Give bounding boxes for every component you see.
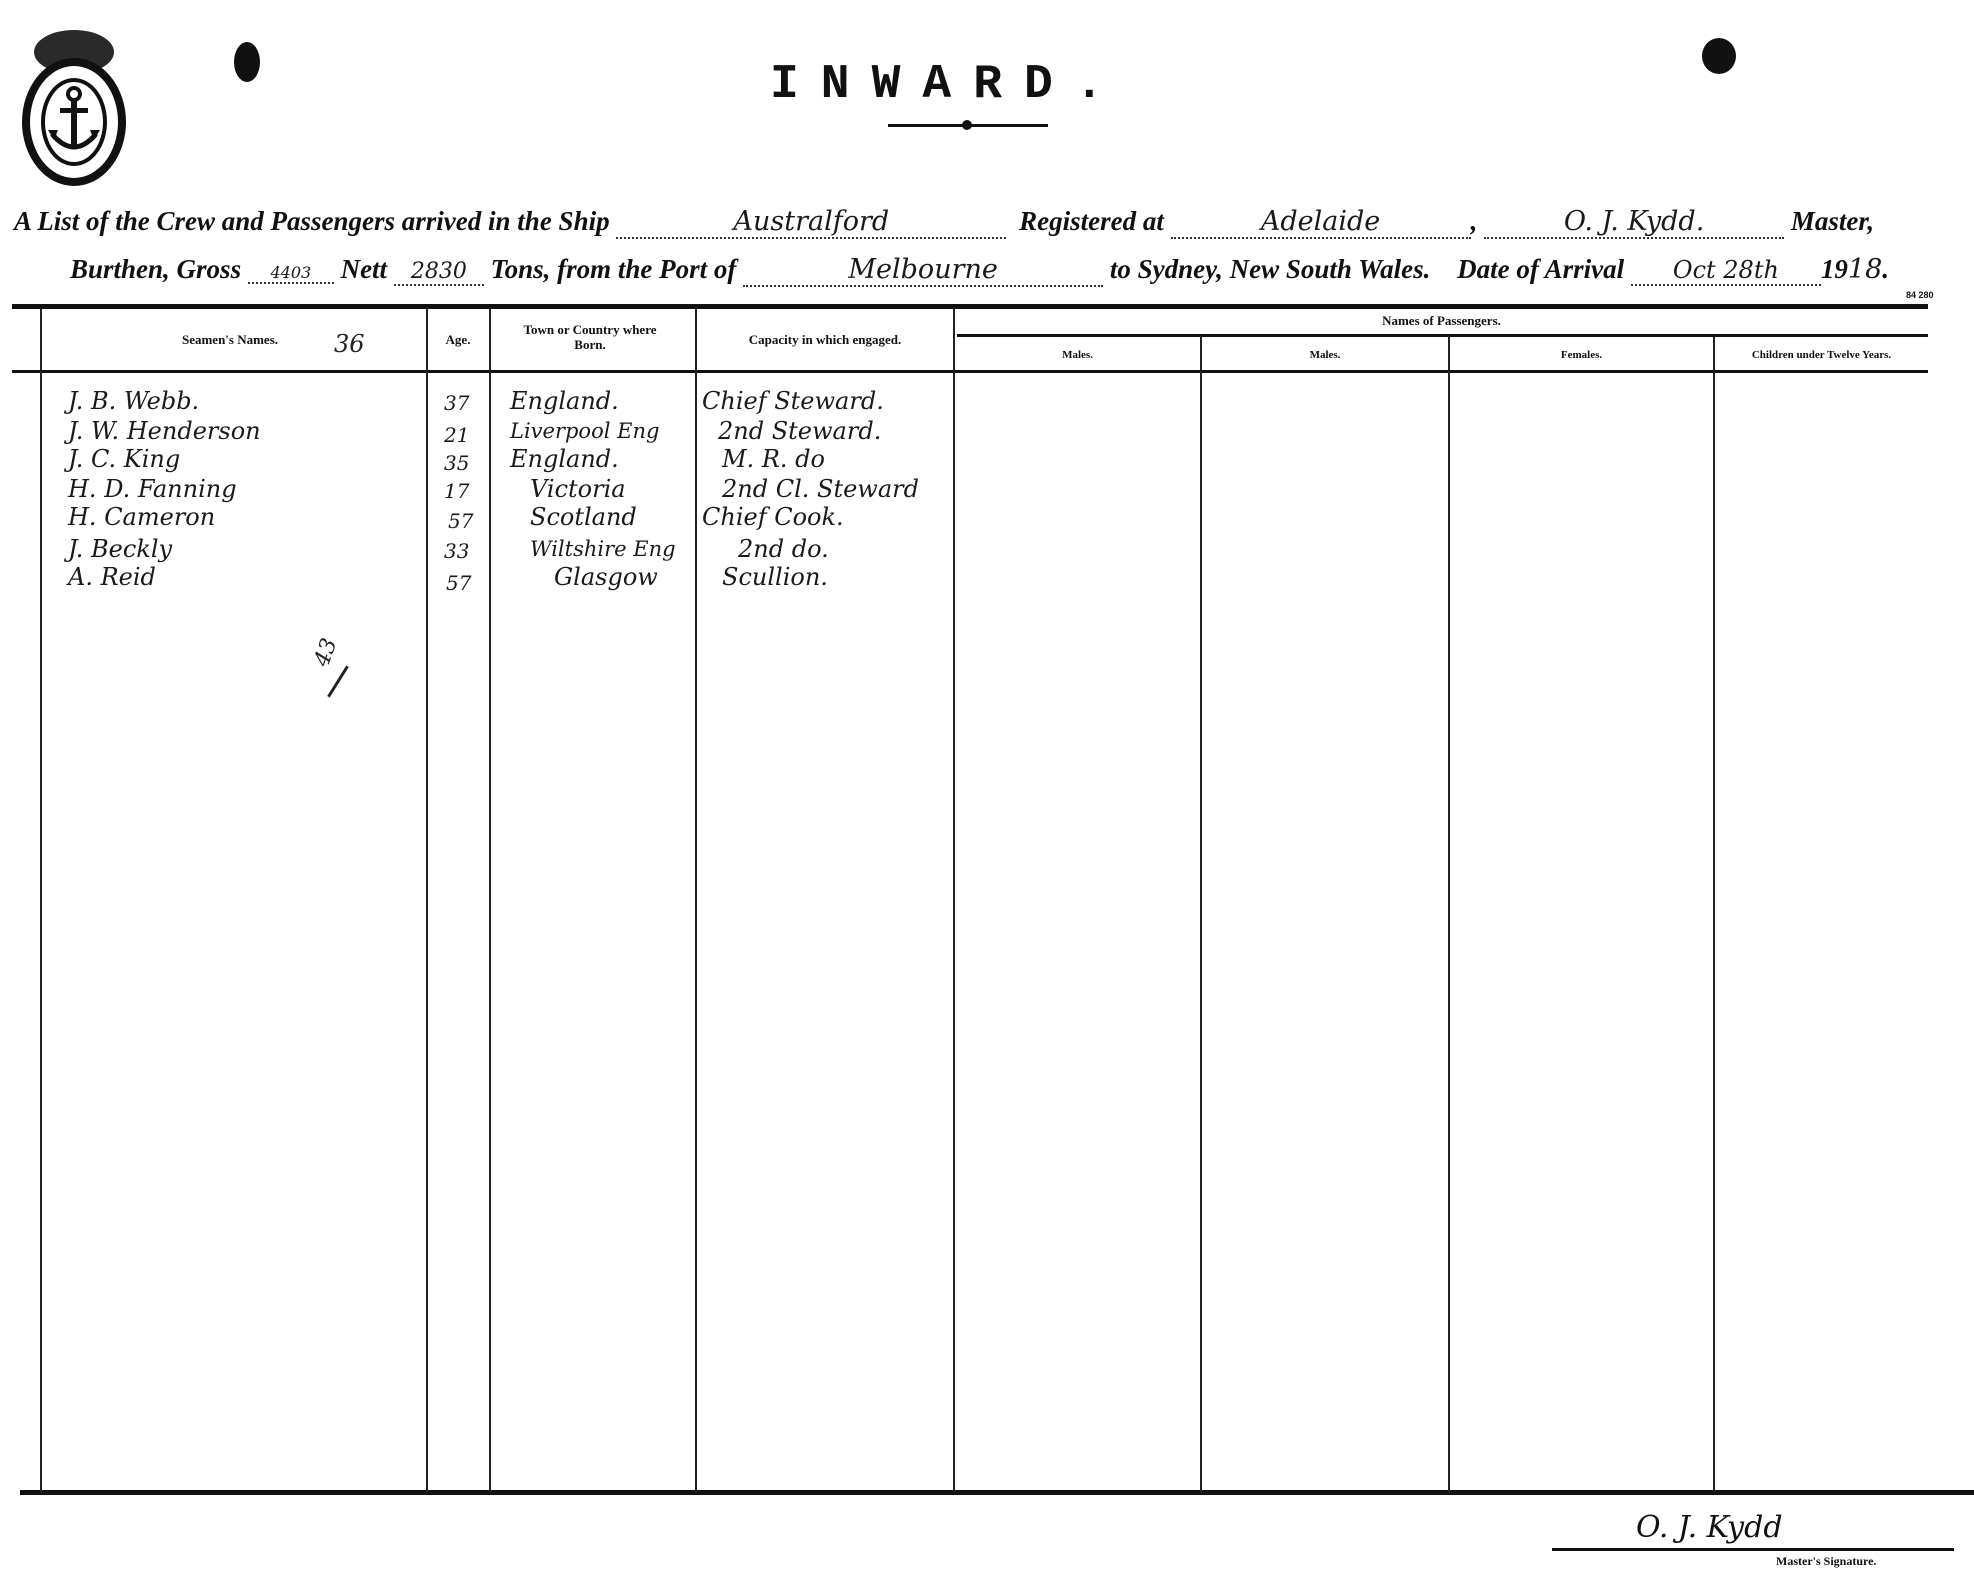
col-divider-males-2	[1200, 337, 1202, 1493]
table-bottom-rule	[20, 1490, 1974, 1495]
ship-name-field: Australford	[616, 206, 1006, 239]
seaman-age: 35	[444, 450, 469, 476]
header-passengers-group: Names of Passengers.	[955, 313, 1928, 328]
seaman-name: J. C. King	[68, 446, 180, 472]
seaman-name: H. Cameron	[68, 504, 215, 530]
port-from-field: Melbourne	[743, 254, 1103, 287]
col-divider-age	[426, 309, 428, 1493]
seaman-birthplace: Victoria	[530, 476, 626, 502]
shipping-master-seal-icon	[18, 22, 130, 190]
header-line-1: A List of the Crew and Passengers arrive…	[14, 206, 1874, 239]
table-left-border	[40, 309, 42, 1493]
header-age: Age.	[428, 332, 488, 347]
seaman-age: 21	[444, 422, 469, 448]
nett-label: Nett	[341, 254, 388, 284]
seaman-name: A. Reid	[68, 564, 156, 590]
header-seamen-names: Seamen's Names.	[150, 332, 310, 347]
col-divider-capacity	[695, 309, 697, 1493]
master-signature: O. J. Kydd	[1636, 1510, 1783, 1545]
seaman-birthplace: Glasgow	[554, 564, 658, 590]
master-name-field: O. J. Kydd.	[1484, 206, 1784, 239]
punch-hole-right	[1702, 38, 1736, 74]
seaman-age: 57	[446, 570, 471, 596]
header-line-2: Burthen, Gross 4403 Nett 2830 Tons, from…	[70, 254, 1889, 287]
margin-annotation-stroke	[327, 665, 349, 697]
seaman-age: 33	[444, 538, 469, 564]
seaman-name: J. W. Henderson	[68, 418, 261, 444]
seaman-birthplace: Wiltshire Eng	[530, 536, 676, 562]
header-bottom-rule	[12, 370, 1928, 373]
col-divider-passengers	[953, 309, 955, 1493]
title-ornament-dot	[962, 120, 972, 130]
seaman-birthplace: England.	[510, 388, 619, 414]
seaman-birthplace: England.	[510, 446, 619, 472]
destination-label: to Sydney, New South Wales.	[1110, 254, 1431, 284]
registered-at-field: Adelaide	[1171, 206, 1471, 239]
arrival-date-field: Oct 28th	[1631, 256, 1821, 286]
seaman-capacity: Scullion.	[722, 564, 828, 590]
form-number: 84 280	[1906, 290, 1934, 300]
seaman-name: J. B. Webb.	[68, 388, 199, 414]
nett-tonnage-field: 2830	[394, 259, 484, 286]
passenger-subheader-rule	[957, 334, 1928, 337]
signature-label: Master's Signature.	[1776, 1554, 1876, 1569]
year-suffix: 18	[1848, 254, 1882, 285]
seaman-capacity: 2nd Steward.	[718, 418, 881, 444]
master-label: Master,	[1791, 206, 1874, 236]
seaman-name: H. D. Fanning	[68, 476, 237, 502]
seaman-birthplace: Scotland	[530, 504, 637, 530]
tons-label: Tons, from the Port of	[491, 254, 737, 284]
margin-annotation: 43	[309, 635, 342, 670]
burthen-label: Burthen, Gross	[70, 254, 241, 284]
gross-tonnage-field: 4403	[248, 263, 334, 284]
seaman-name: J. Beckly	[68, 536, 172, 562]
seaman-age: 37	[444, 390, 469, 416]
date-label: Date of Arrival	[1457, 254, 1624, 284]
list-prefix: A List of the Crew and Passengers arrive…	[14, 206, 610, 236]
header-capacity: Capacity in which engaged.	[697, 332, 953, 347]
year-prefix: 19	[1821, 254, 1848, 284]
header-males-2: Males.	[1202, 348, 1448, 363]
seaman-birthplace: Liverpool Eng	[510, 418, 659, 444]
col-divider-children	[1713, 337, 1715, 1493]
table-top-rule	[12, 304, 1928, 309]
header-town-born: Town or Country where Born.	[520, 322, 660, 352]
seaman-age: 17	[444, 478, 469, 504]
seamen-count-annotation: 36	[334, 330, 365, 358]
header-children: Children under Twelve Years.	[1715, 348, 1928, 363]
seaman-age: 57	[448, 508, 473, 534]
seaman-capacity: Chief Cook.	[702, 504, 844, 530]
seaman-capacity: M. R. do	[722, 446, 825, 472]
col-divider-town	[489, 309, 491, 1493]
punch-hole-left	[234, 42, 260, 82]
registered-label: Registered at	[1019, 206, 1164, 236]
seaman-capacity: Chief Steward.	[702, 388, 884, 414]
year-period: .	[1882, 254, 1889, 284]
col-divider-females	[1448, 337, 1450, 1493]
seaman-capacity: 2nd Cl. Steward	[722, 476, 919, 502]
header-males-1: Males.	[955, 348, 1200, 363]
document-title: INWARD.	[770, 58, 1126, 112]
seaman-capacity: 2nd do.	[738, 536, 829, 562]
signature-line	[1552, 1548, 1954, 1551]
header-females: Females.	[1450, 348, 1713, 363]
